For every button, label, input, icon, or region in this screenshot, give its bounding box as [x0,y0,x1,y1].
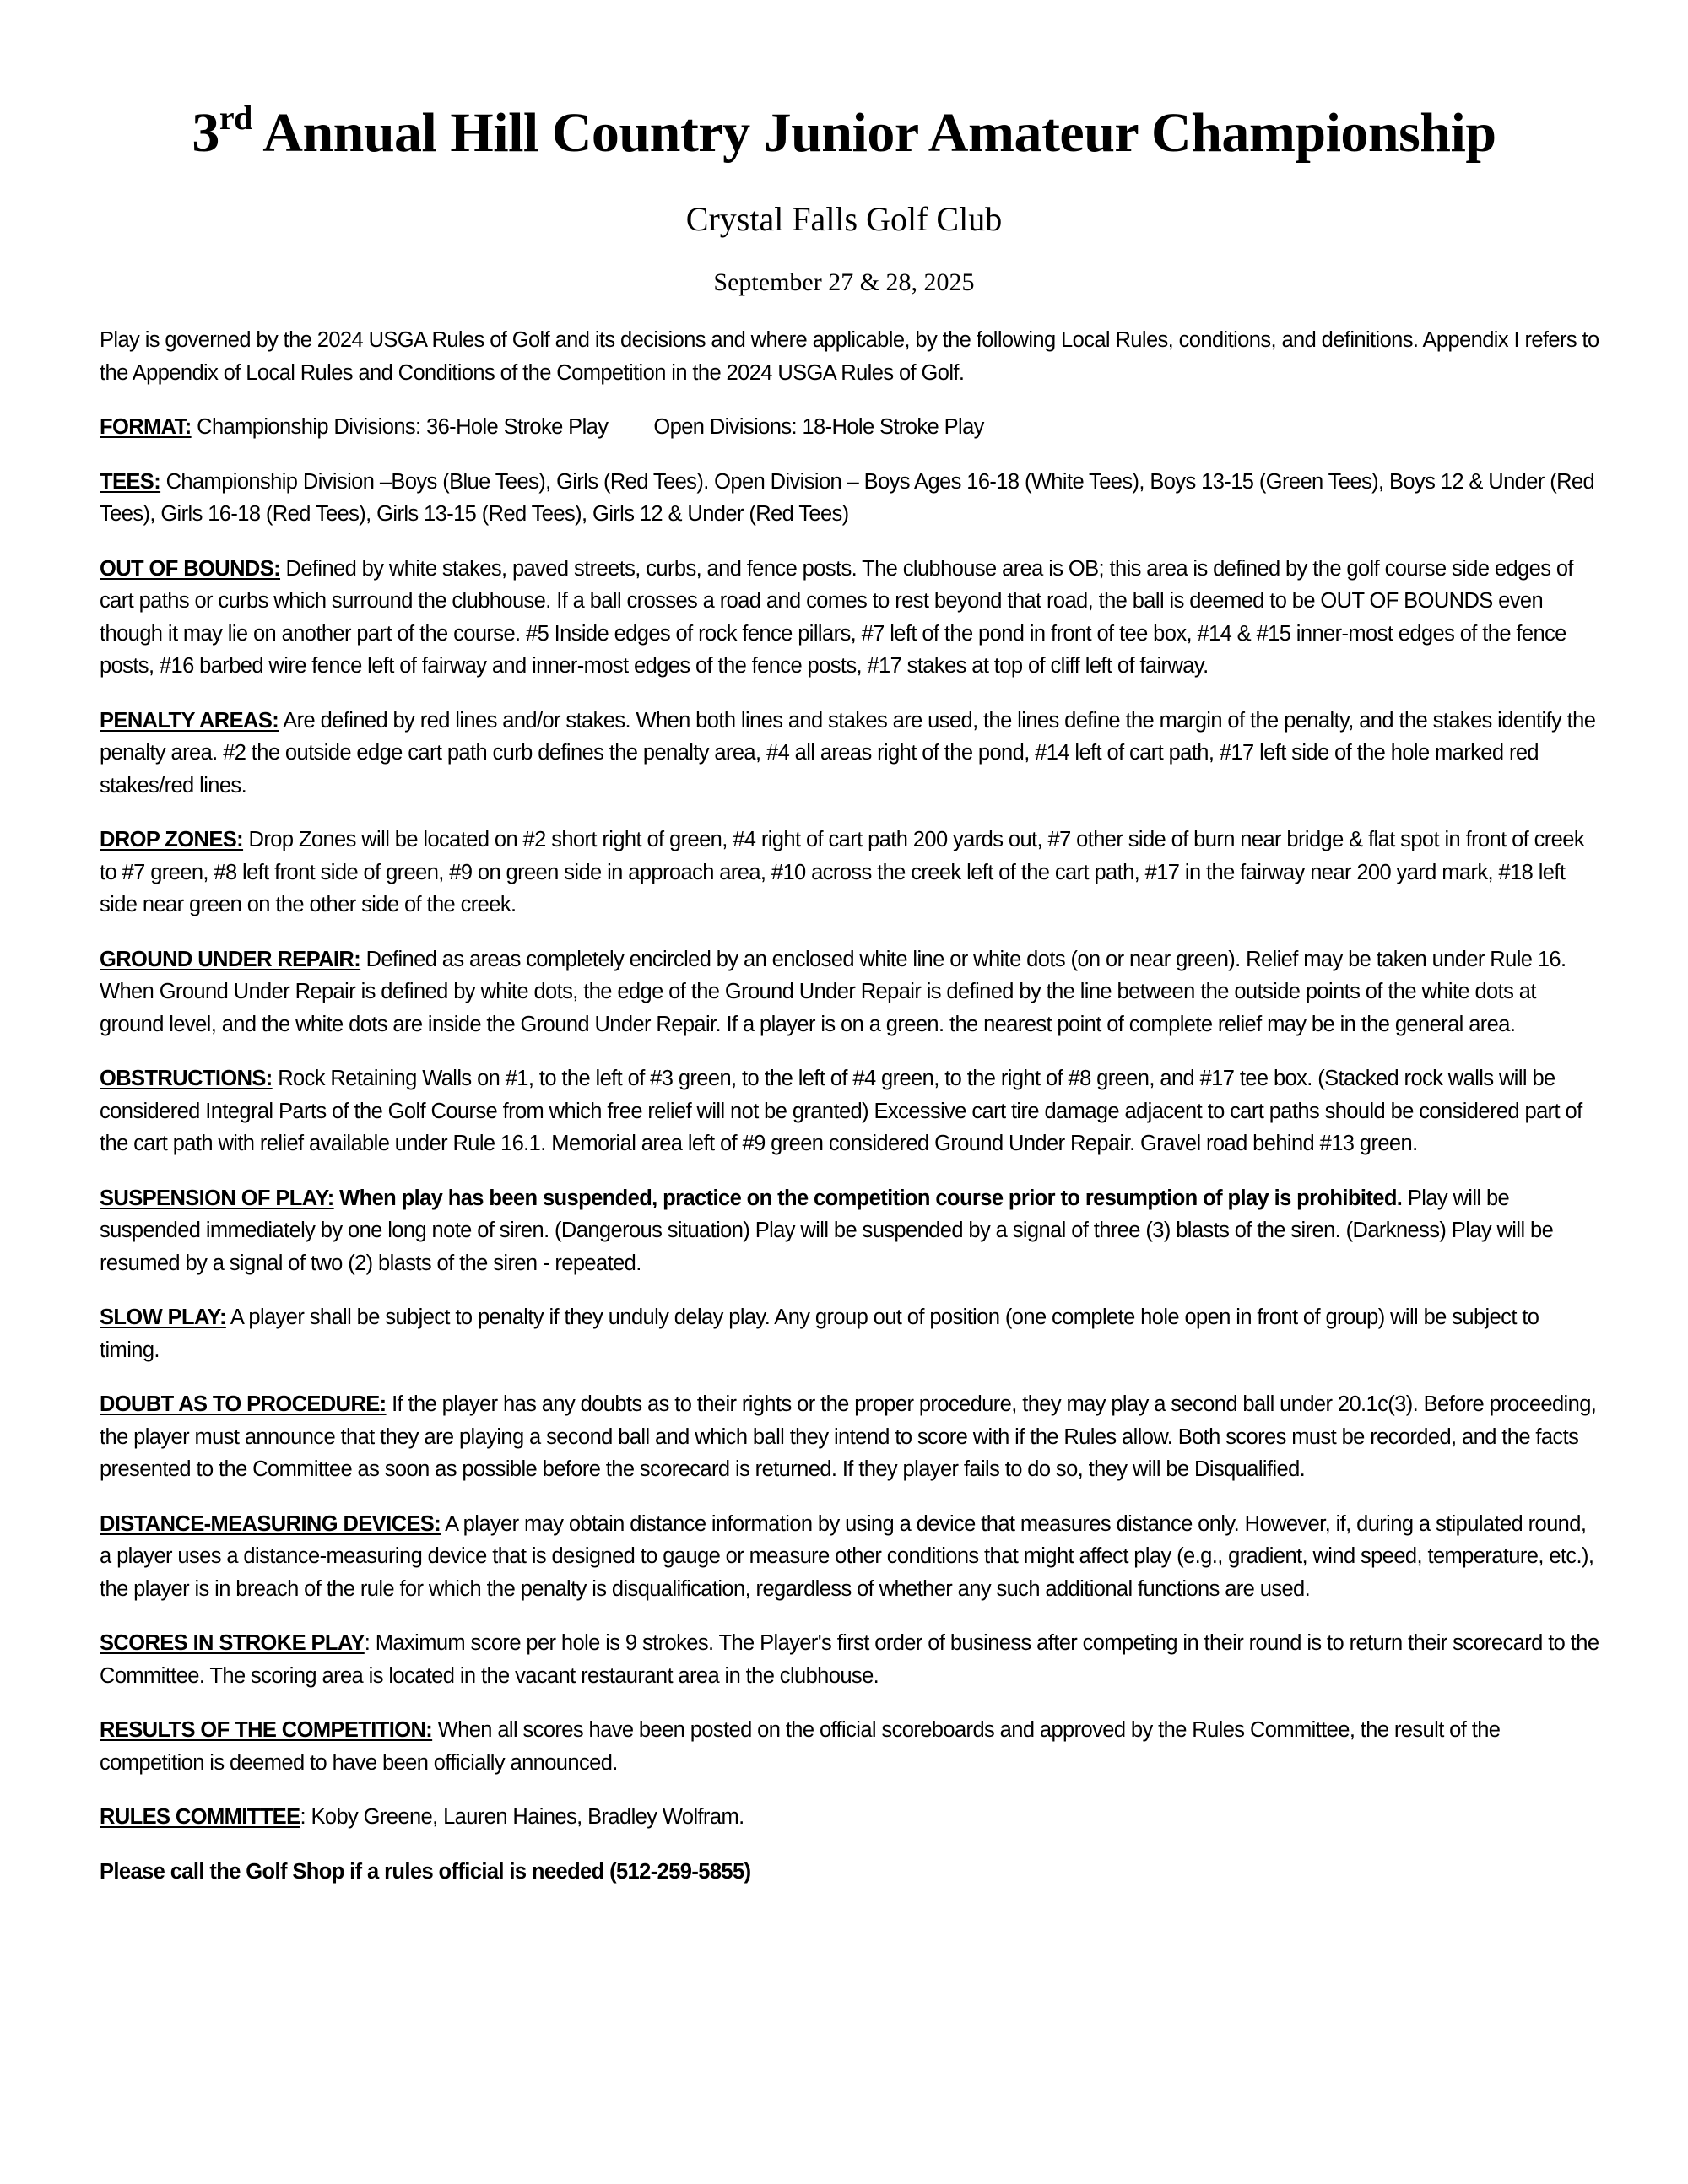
section-heading-scores-in-stroke-play: SCORES IN STROKE PLAY [100,1631,365,1655]
section-heading-tees: TEES: [100,470,160,494]
section-heading-ground-under-repair: GROUND UNDER REPAIR: [100,948,360,971]
section-heading-doubt-as-to-procedure: DOUBT AS TO PROCEDURE: [100,1392,387,1416]
section-heading-rules-committee: RULES COMMITTEE [100,1805,300,1829]
event-dates: September 27 & 28, 2025 [0,267,1688,299]
page-title: 3rd Annual Hill Country Junior Amateur C… [0,100,1688,167]
section-heading-penalty-areas: PENALTY AREAS: [100,709,279,733]
venue-name: Crystal Falls Golf Club [0,199,1688,240]
drop-zones-section: DROP ZONES: Drop Zones will be located o… [100,824,1602,922]
doubt-as-to-procedure-section: DOUBT AS TO PROCEDURE: If the player has… [100,1388,1602,1486]
section-text-tees: Championship Division –Boys (Blue Tees),… [100,470,1594,527]
suspension-bold-notice: When play has been suspended, practice o… [334,1187,1403,1210]
suspension-of-play-section: SUSPENSION OF PLAY: When play has been s… [100,1182,1602,1280]
section-heading-out-of-bounds: OUT OF BOUNDS: [100,557,280,581]
golf-shop-callout: Please call the Golf Shop if a rules off… [100,1856,1602,1889]
section-heading-slow-play: SLOW PLAY: [100,1306,226,1329]
out-of-bounds-section: OUT OF BOUNDS: Defined by white stakes, … [100,553,1602,683]
results-of-the-competition-section: RESULTS OF THE COMPETITION: When all sco… [100,1714,1602,1779]
title-text: Annual Hill Country Junior Amateur Champ… [252,102,1496,164]
section-heading-distance-measuring-devices: DISTANCE-MEASURING DEVICES: [100,1512,441,1536]
section-text-penalty-areas: Are defined by red lines and/or stakes. … [100,709,1595,797]
section-text-rules-committee: : Koby Greene, Lauren Haines, Bradley Wo… [300,1805,744,1829]
section-text-obstructions: Rock Retaining Walls on #1, to the left … [100,1067,1582,1155]
rules-body: Play is governed by the 2024 USGA Rules … [100,324,1602,1910]
format-championship: Championship Divisions: 36-Hole Stroke P… [192,415,609,439]
format-section: FORMAT: Championship Divisions: 36-Hole … [100,411,1602,444]
penalty-areas-section: PENALTY AREAS: Are defined by red lines … [100,705,1602,803]
section-heading-suspension-of-play: SUSPENSION OF PLAY: [100,1187,334,1210]
section-heading-drop-zones: DROP ZONES: [100,828,243,851]
section-heading-obstructions: OBSTRUCTIONS: [100,1067,273,1090]
slow-play-section: SLOW PLAY: A player shall be subject to … [100,1301,1602,1366]
format-open: Open Divisions: 18-Hole Stroke Play [653,415,983,439]
section-text-slow-play: A player shall be subject to penalty if … [100,1306,1539,1362]
title-ordinal-suffix: rd [219,99,252,137]
section-text-out-of-bounds: Defined by white stakes, paved streets, … [100,557,1573,678]
scores-in-stroke-play-section: SCORES IN STROKE PLAY: Maximum score per… [100,1627,1602,1692]
distance-measuring-devices-section: DISTANCE-MEASURING DEVICES: A player may… [100,1508,1602,1606]
intro-paragraph: Play is governed by the 2024 USGA Rules … [100,324,1602,389]
title-ordinal: 3 [192,102,219,164]
section-heading-results-of-the-competition: RESULTS OF THE COMPETITION: [100,1718,432,1742]
ground-under-repair-section: GROUND UNDER REPAIR: Defined as areas co… [100,943,1602,1041]
section-text-drop-zones: Drop Zones will be located on #2 short r… [100,828,1584,916]
section-heading-format: FORMAT: [100,415,192,439]
rules-committee-section: RULES COMMITTEE: Koby Greene, Lauren Hai… [100,1801,1602,1834]
tees-section: TEES: Championship Division –Boys (Blue … [100,466,1602,531]
obstructions-section: OBSTRUCTIONS: Rock Retaining Walls on #1… [100,1062,1602,1160]
